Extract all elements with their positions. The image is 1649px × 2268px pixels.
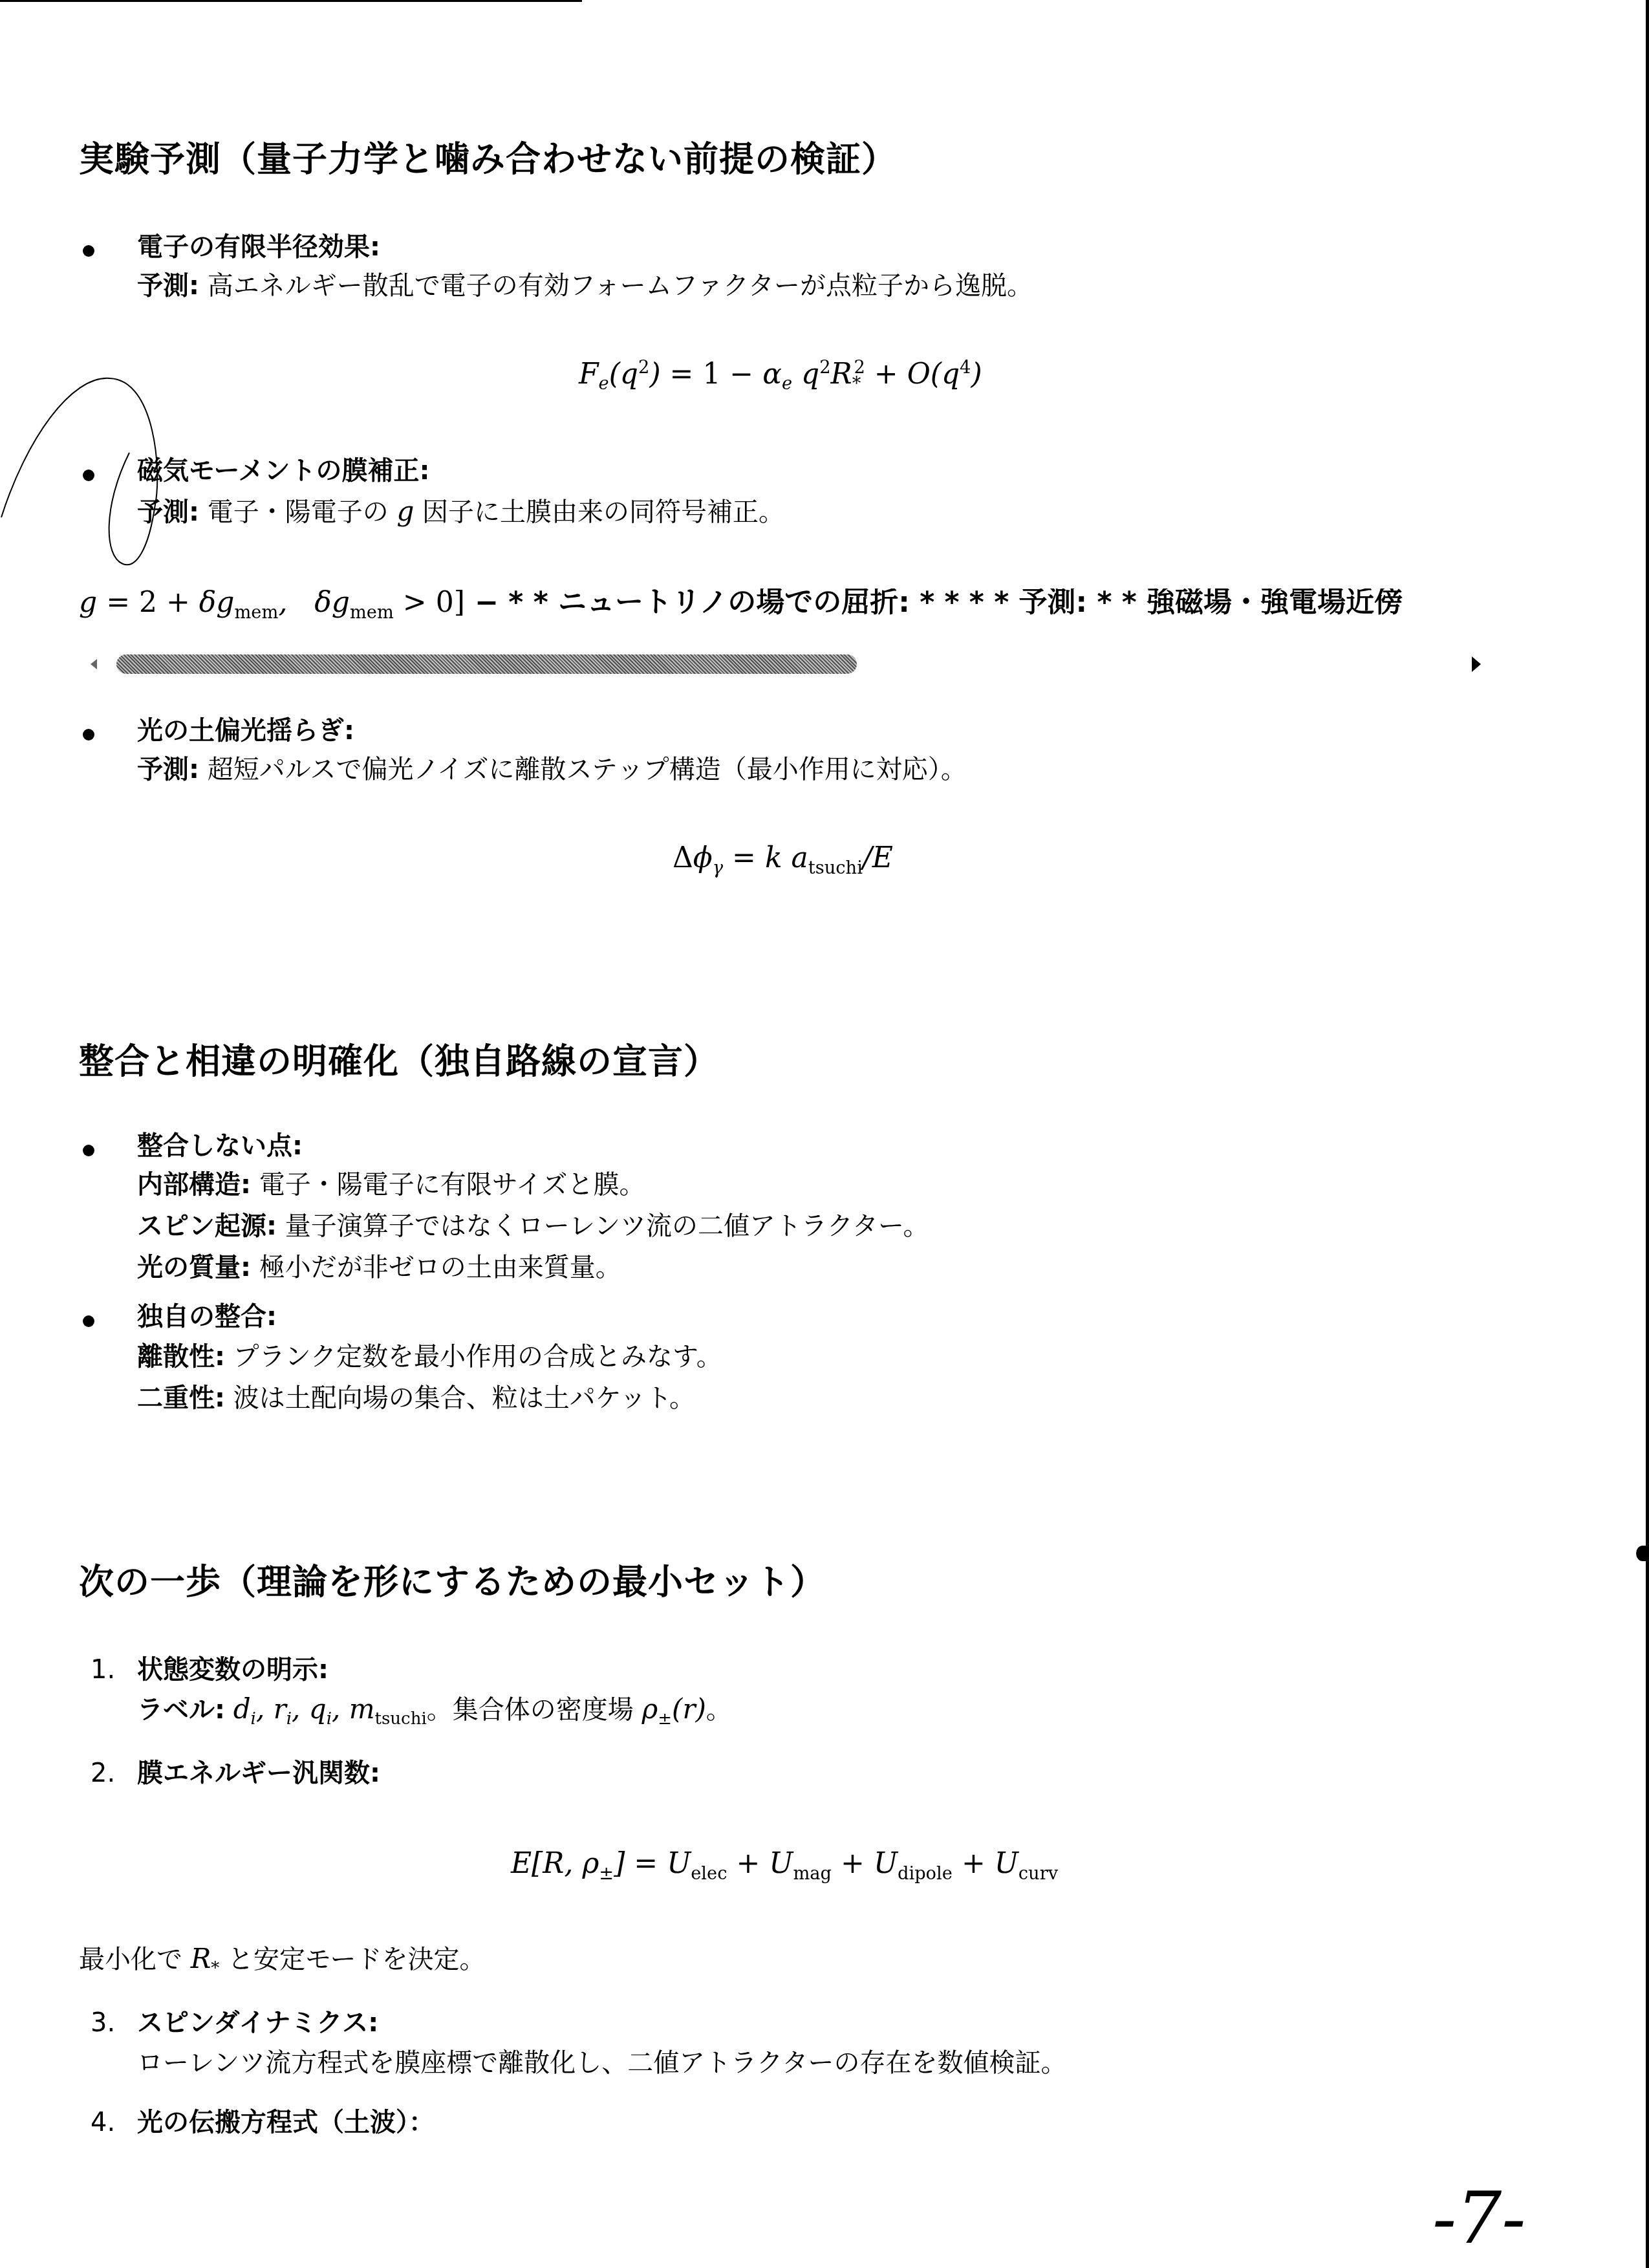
item-prediction-finite-radius: 予測: 高エネルギー散乱で電子の有効フォームファクターが点粒子から逸脱。 — [137, 273, 1033, 299]
detail-label: 光の質量: — [137, 1253, 251, 1282]
bullet-icon — [83, 245, 94, 257]
bullet-icon — [83, 470, 94, 481]
step-detail-spin-dynamics: ローレンツ流方程式を膜座標で離散化し、二値アトラクターの存在を数値検証。 — [137, 2050, 1066, 2076]
equation-form-factor: Fe(q2) = 1 − αe q2R*2 + O(q4) — [579, 359, 982, 393]
detail-line: 二重性: 波は土配向場の集合、粒は土パケット。 — [137, 1385, 695, 1411]
prediction-text: 超短パルスで偏光ノイズに離散ステップ構造（最小作用に対応）。 — [199, 755, 967, 784]
section-heading-experimental-predictions: 実験予測（量子力学と噛み合わせない前提の検証） — [79, 142, 897, 177]
item-prediction-polarization: 予測: 超短パルスで偏光ノイズに離散ステップ構造（最小作用に対応）。 — [137, 757, 967, 783]
equation-polarization-shift: Δϕγ = k atsuchi/E — [673, 844, 893, 877]
step-title-state-variables: 状態変数の明示: — [137, 1657, 329, 1683]
item-title-inconsistent-points: 整合しない点: — [137, 1133, 303, 1159]
bullet-icon — [83, 1315, 94, 1327]
prediction-text: 因子に土膜由来の同符号補正。 — [414, 497, 784, 527]
scroll-left-arrow-icon[interactable] — [91, 659, 97, 669]
detail-text: 極小だが非ゼロの土由来質量。 — [251, 1253, 621, 1282]
detail-line: 光の質量: 極小だが非ゼロの土由来質量。 — [137, 1255, 621, 1280]
scrollbar-thumb[interactable] — [116, 654, 857, 674]
period: 。 — [706, 1695, 732, 1725]
item-title-magnetic-moment: 磁気モーメントの膜補正: — [137, 458, 429, 484]
equation-energy-functional: E[R, ρ±] = Uelec + Umag + Udipole + Ucur… — [511, 1850, 1058, 1883]
detail-text: と安定モードを決定。 — [219, 1945, 485, 1974]
item-prediction-magnetic-moment: 予測: 電子・陽電子の g 因子に土膜由来の同符号補正。 — [137, 498, 784, 525]
detail-line: 離散性: プランク定数を最小作用の合成とみなす。 — [137, 1344, 722, 1370]
scan-punch-mark — [1636, 1546, 1649, 1561]
section-heading-next-steps: 次の一歩（理論を形にするための最小セット） — [79, 1565, 826, 1600]
scan-edge-top — [0, 0, 582, 2]
prediction-label: 予測: — [137, 755, 199, 784]
detail-label: 内部構造: — [137, 1170, 251, 1200]
scan-edge-right — [1646, 0, 1649, 2268]
overflow-text: − * * ニュートリノの場での屈折: * * * * 予測: * * 強磁場・… — [465, 589, 1403, 619]
density-field-symbol: ρ±(r) — [641, 1693, 706, 1725]
bullet-icon — [83, 1145, 94, 1156]
step-title-energy-functional: 膜エネルギー汎関数: — [137, 1760, 380, 1786]
detail-text: 電子・陽電子に有限サイズと膜。 — [251, 1170, 645, 1200]
g-symbol: g — [396, 495, 414, 527]
state-variable-list: di, ri, qi, mtsuchi — [233, 1693, 427, 1725]
step-number: 3. — [91, 2010, 115, 2036]
step-title-spin-dynamics: スピンダイナミクス: — [137, 2010, 378, 2036]
detail-text: 波は土配向場の集合、粒は土パケット。 — [225, 1383, 695, 1413]
detail-text: 最小化で — [79, 1945, 191, 1974]
scroll-right-arrow-icon[interactable] — [1472, 656, 1481, 672]
detail-label: ラベル: — [137, 1695, 225, 1725]
detail-label: 二重性: — [137, 1383, 225, 1413]
r-star-symbol: R* — [191, 1943, 220, 1974]
handwritten-page-number: -7- — [1432, 2183, 1525, 2254]
step-number: 2. — [91, 1760, 115, 1786]
bullet-icon — [83, 729, 94, 740]
detail-label: 離散性: — [137, 1342, 225, 1372]
horizontal-scrollbar[interactable] — [91, 654, 1487, 674]
prediction-text: 高エネルギー散乱で電子の有効フォームファクターが点粒子から逸脱。 — [199, 271, 1033, 301]
detail-text: 。集合体の密度場 — [427, 1695, 642, 1725]
step-number: 4. — [91, 2110, 115, 2135]
step-number: 1. — [91, 1657, 115, 1683]
detail-text: 量子演算子ではなくローレンツ流の二値アトラクター。 — [277, 1211, 929, 1241]
step-title-light-propagation: 光の伝搬方程式（土波）： — [137, 2110, 435, 2135]
detail-line: 内部構造: 電子・陽電子に有限サイズと膜。 — [137, 1172, 645, 1198]
item-title-polarization: 光の土偏光揺らぎ: — [137, 718, 354, 744]
prediction-label: 予測: — [137, 497, 199, 527]
overflow-math-line: g = 2 + δgmem, δgmem > 0] − * * ニュートリノの場… — [79, 589, 1502, 621]
detail-label: スピン起源: — [137, 1211, 277, 1241]
step-detail-energy-minimization: 最小化で R* と安定モードを決定。 — [79, 1945, 485, 1977]
detail-text: プランク定数を最小作用の合成とみなす。 — [225, 1342, 722, 1372]
section-heading-consistency: 整合と相違の明確化（独自路線の宣言） — [79, 1044, 719, 1079]
item-title-original-consistency: 独自の整合: — [137, 1304, 277, 1330]
step-detail-state-variables: ラベル: di, ri, qi, mtsuchi。集合体の密度場 ρ±(r)。 — [137, 1696, 732, 1727]
prediction-text: 電子・陽電子の — [199, 497, 396, 527]
prediction-label: 予測: — [137, 271, 199, 301]
item-title-finite-radius: 電子の有限半径効果: — [137, 234, 380, 260]
detail-line: スピン起源: 量子演算子ではなくローレンツ流の二値アトラクター。 — [137, 1213, 929, 1239]
